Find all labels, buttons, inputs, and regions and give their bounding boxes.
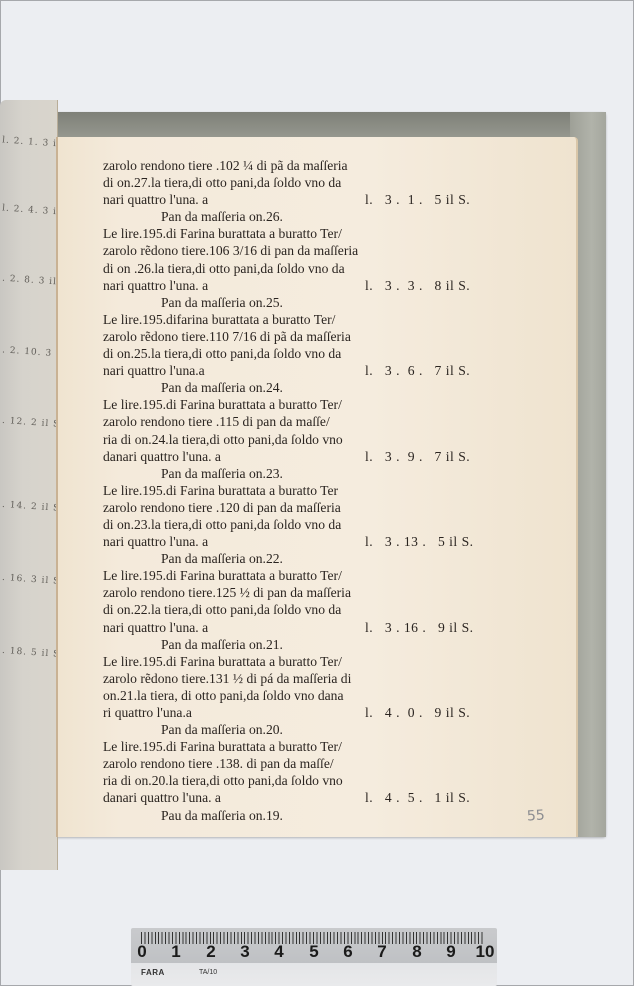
ruler-brand-logo: FARA (141, 968, 165, 977)
text-line: nari quattro l'una. al. 3 . 13 . 5 il S. (103, 533, 503, 550)
price: l. 4 . 5 . 1 il S. (365, 789, 470, 806)
price: l. 4 . 0 . 9 il S. (365, 704, 470, 721)
text-line-body: ri quattro l'una.a (103, 705, 192, 720)
text-line: di on.22.la tiera,di otto pani,da ſoldo … (103, 601, 503, 618)
price: l. 3 . 3 . 8 il S. (365, 277, 470, 294)
text-line: Le lire.195.di Farina burattata a buratt… (103, 653, 503, 670)
ruler-number: 6 (343, 942, 352, 962)
ruler-number: 10 (476, 942, 495, 962)
page-text: zarolo rendono tiere .102 ¼ di pã da maſ… (103, 157, 503, 824)
text-line: danari quattro l'una. al. 3 . 9 . 7 il S… (103, 448, 503, 465)
price: l. 3 . 9 . 7 il S. (365, 448, 470, 465)
ruler-number: 0 (137, 942, 146, 962)
text-line: nari quattro l'una. al. 3 . 3 . 8 il S. (103, 277, 503, 294)
text-line-body: nari quattro l'una. a (103, 534, 208, 549)
ruler-number: 8 (412, 942, 421, 962)
price: l. 3 . 16 . 9 il S. (365, 619, 474, 636)
ruler-number: 2 (206, 942, 215, 962)
text-line: zarolo rendono tiere .120 di pan da maſſ… (103, 499, 503, 516)
ruler-number: 4 (274, 942, 283, 962)
section-heading: Pan da maſſeria on.22. (103, 550, 503, 567)
text-line: Le lire.195.difarina burattata a buratto… (103, 311, 503, 328)
price: l. 3 . 13 . 5 il S. (365, 533, 474, 550)
section-heading: Pan da maſſeria on.24. (103, 379, 503, 396)
section-heading: Pan da maſſeria on.23. (103, 465, 503, 482)
text-line: zarolo rendono tiere .102 ¼ di pã da maſ… (103, 157, 503, 174)
text-line: Le lire.195.di Farina burattata a buratt… (103, 225, 503, 242)
text-line-body: nari quattro l'una. a (103, 620, 208, 635)
scale-ruler: 0 1 2 3 4 5 6 7 8 9 10 FARA TA/10 (131, 928, 497, 986)
text-line: Le lire.195.di Farina burattata a buratt… (103, 567, 503, 584)
text-line: ria di on.24.la tiera,di otto pani,da ſo… (103, 431, 503, 448)
text-line-body: nari quattro l'una. a (103, 278, 208, 293)
left-page-mark: . 14. 2 il S. (2, 500, 64, 514)
ruler-number: 9 (446, 942, 455, 962)
text-line: nari quattro l'una. al. 3 . 1 . 5 il S. (103, 191, 503, 208)
text-line: di on.23.la tiera,di otto pani,da ſoldo … (103, 516, 503, 533)
ruler-number: 7 (377, 942, 386, 962)
text-line: nari quattro l'una.al. 3 . 6 . 7 il S. (103, 362, 503, 379)
text-line: di on.27.la tiera,di otto pani,da ſoldo … (103, 174, 503, 191)
text-line: danari quattro l'una. al. 4 . 5 . 1 il S… (103, 789, 503, 806)
text-line: on.21.la tiera, di otto pani,da ſoldo vn… (103, 687, 503, 704)
text-line: nari quattro l'una. al. 3 . 16 . 9 il S. (103, 619, 503, 636)
text-line-body: danari quattro l'una. a (103, 449, 221, 464)
text-line: zarolo rendono tiere .138. di pan da maſ… (103, 755, 503, 772)
closing-heading: Pau da maſſeria on.19. (103, 807, 503, 824)
left-page-mark: . 12. 2 il S. (2, 416, 64, 430)
text-line: Le lire.195.di Farina burattata a buratt… (103, 738, 503, 755)
text-line: di on .26.la tiera,di otto pani,da ſoldo… (103, 260, 503, 277)
ruler-model: TA/10 (199, 969, 217, 976)
text-line: ria di on.20.la tiera,di otto pani,da ſo… (103, 772, 503, 789)
text-line: Le lire.195.di Farina burattata a buratt… (103, 482, 503, 499)
pencil-folio-number: 55 (526, 807, 545, 824)
section-heading: Pan da maſſeria on.26. (103, 208, 503, 225)
text-line: zarolo rẽdono tiere.131 ½ di pá da maſſe… (103, 670, 503, 687)
text-line: di on.25.la tiera,di otto pani,da ſoldo … (103, 345, 503, 362)
text-line-body: danari quattro l'una. a (103, 790, 221, 805)
text-line-body: nari quattro l'una. a (103, 192, 208, 207)
text-line: zarolo rendono tiere.125 ½ di pan da maſ… (103, 584, 503, 601)
left-page-edge: l. 2. 1. 3 il S. l. 2. 4. 3 il S. . 2. 8… (0, 100, 58, 870)
ruler-number: 1 (171, 942, 180, 962)
price: l. 3 . 6 . 7 il S. (365, 362, 470, 379)
text-line-body: nari quattro l'una.a (103, 363, 205, 378)
ruler-numbers: 0 1 2 3 4 5 6 7 8 9 10 (131, 942, 497, 964)
section-heading: Pan da maſſeria on.20. (103, 721, 503, 738)
ruler-number: 3 (240, 942, 249, 962)
price: l. 3 . 1 . 5 il S. (365, 191, 470, 208)
wrapper-top-fold (38, 112, 606, 138)
text-line: zarolo rẽdono tiere.110 7/16 di pã da ma… (103, 328, 503, 345)
section-heading: Pan da maſſeria on.25. (103, 294, 503, 311)
left-page-mark: . 16. 3 il S. (2, 573, 64, 587)
text-line: ri quattro l'una.al. 4 . 0 . 9 il S. (103, 704, 503, 721)
text-line: zarolo rẽdono tiere.106 3/16 di pan da m… (103, 242, 503, 259)
ruler-number: 5 (309, 942, 318, 962)
text-line: Le lire.195.di Farina burattata a buratt… (103, 396, 503, 413)
left-page-mark: . 18. 5 il S. (2, 646, 64, 660)
section-heading: Pan da maſſeria on.21. (103, 636, 503, 653)
text-line: zarolo rendono tiere .115 di pan da maſſ… (103, 413, 503, 430)
